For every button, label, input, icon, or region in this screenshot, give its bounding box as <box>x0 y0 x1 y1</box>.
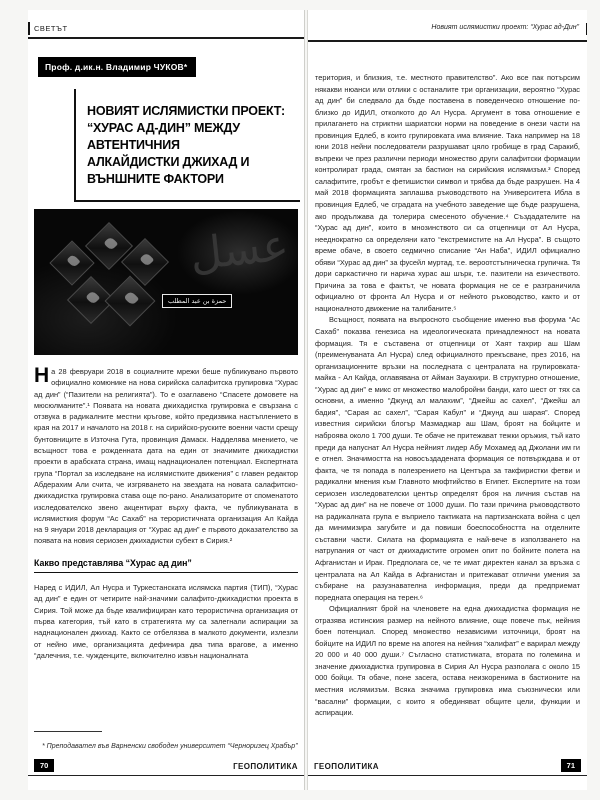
paragraph: На 28 февруари 2018 в социалните мрежи б… <box>34 366 298 547</box>
header-tick-line <box>28 22 30 35</box>
section-header: СВЕТЪТ <box>28 24 304 38</box>
paragraph: територия, и близкия, т.е. местното прав… <box>315 72 580 314</box>
section-label: СВЕТЪТ <box>34 24 68 33</box>
article-body-right: територия, и близкия, т.е. местното прав… <box>315 72 580 719</box>
article-photo: عسل حمزة بن عبد المطلب <box>34 209 298 355</box>
photo-highlight <box>103 236 118 251</box>
paragraph: Наред с ИДИЛ, Ал Нусра и Туркестанската … <box>34 582 298 661</box>
photo-highlight <box>124 290 140 306</box>
paragraph: Официалният брой на членовете на една дж… <box>315 603 580 718</box>
journal-name: ГЕОПОЛИТИКА <box>314 762 379 771</box>
footnote-separator <box>34 731 102 732</box>
photo-highlight <box>85 290 100 305</box>
running-header: Новият ислямистки проект: “Хурас ад-Дин” <box>308 24 587 42</box>
photo-highlight <box>67 253 81 267</box>
photo-caption-arabic: حمزة بن عبد المطلب <box>162 294 232 308</box>
paragraph-text: а 28 февруари 2018 в социалните мрежи бе… <box>34 367 298 545</box>
article-title-line-1: НОВИЯТ ИСЛЯМИСТКИ ПРОЕКТ: <box>87 103 300 120</box>
paragraph: Всъщност, появата на въпросното съобщени… <box>315 314 580 603</box>
journal-page-right: Новият ислямистки проект: “Хурас ад-Дин”… <box>307 10 587 790</box>
article-title-line-2: “ХУРАС АД-ДИН” МЕЖДУ АВТЕНТИЧНИЯ <box>87 120 300 154</box>
page-footer-left: 70 ГЕОПОЛИТИКА <box>28 759 304 776</box>
author-footnote: * Преподавател във Варненски свободен ун… <box>42 743 298 750</box>
running-header-text: Новият ислямистки проект: “Хурас ад-Дин” <box>431 24 579 31</box>
drop-cap: Н <box>34 366 51 385</box>
author-name-box: Проф. д.ик.н. Владимир ЧУКОВ* <box>38 57 196 77</box>
article-title-line-3: АЛКАЙДИСТКИ ДЖИХАД И ВЪНШНИТЕ ФАКТОРИ <box>87 154 300 188</box>
journal-page-left: СВЕТЪТ Проф. д.ик.н. Владимир ЧУКОВ* НОВ… <box>28 10 305 790</box>
header-rule <box>28 37 304 39</box>
photo-highlight <box>139 252 154 267</box>
page-footer-right: ГЕОПОЛИТИКА 71 <box>308 759 587 776</box>
subheading: Какво представлява “Хурас ад дин” <box>34 558 192 568</box>
page-number: 71 <box>561 759 581 772</box>
subheading-block: Какво представлява “Хурас ад дин” <box>34 558 298 573</box>
header-tick-line <box>586 23 588 35</box>
page-number: 70 <box>34 759 54 772</box>
header-rule <box>308 40 587 42</box>
article-body-left: На 28 февруари 2018 в социалните мрежи б… <box>34 366 298 669</box>
calligraphy-graphic: عسل <box>177 222 298 343</box>
author-name: Проф. д.ик.н. Владимир ЧУКОВ* <box>45 62 187 72</box>
journal-name: ГЕОПОЛИТИКА <box>233 762 298 771</box>
article-title-block: НОВИЯТ ИСЛЯМИСТКИ ПРОЕКТ: “ХУРАС АД-ДИН”… <box>74 89 300 202</box>
